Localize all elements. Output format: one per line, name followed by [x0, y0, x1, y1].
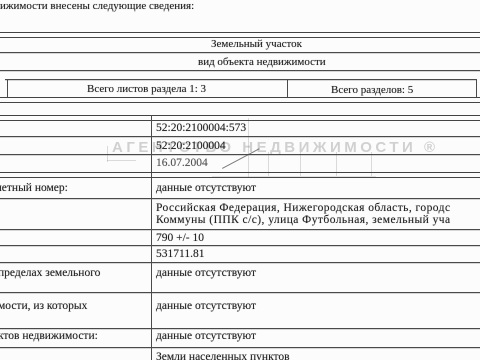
cadastral-number-cell: 52:20:2100004:573	[156, 122, 246, 134]
table-line	[476, 79, 477, 98]
table-line	[0, 136, 480, 137]
table-divider	[151, 115, 152, 360]
table-line	[0, 262, 480, 263]
table-line	[7, 79, 8, 98]
accounting-number-value: данные отсутствуют	[156, 182, 256, 194]
total-sections-label: Всего разделов: 5	[331, 84, 413, 96]
object-type-value: Земельный участок	[211, 38, 302, 50]
object-type-caption: вид объекта недвижимости	[198, 56, 326, 68]
scan-artifact	[248, 118, 249, 177]
land-category-cell: Земли населенных пунктов	[156, 351, 290, 360]
table-line	[0, 154, 480, 155]
accounting-number-label: четный номер:	[0, 182, 68, 194]
area-cell: 790 +/- 10	[156, 232, 204, 244]
table-line	[287, 79, 288, 98]
within-land-label: пределах земельного	[0, 267, 100, 279]
table-line	[0, 229, 480, 230]
address-cell-line1: Российская Федерация, Нижегородская обла…	[156, 202, 451, 214]
table-line	[5, 79, 476, 80]
table-line	[0, 97, 480, 103]
table-line	[0, 328, 480, 329]
table-line	[0, 245, 480, 246]
total-sheets-label: Всего листов раздела 1: 3	[87, 83, 206, 95]
scan-artifact	[107, 160, 136, 161]
table-line	[0, 292, 480, 293]
from-which-value: данные отсутствуют	[156, 300, 256, 312]
realty-objects-value: данные отсутствуют	[156, 330, 256, 342]
table-line	[0, 347, 480, 348]
address-cell-line2: Коммуны (ППК с/с), улица Футбольная, зем…	[156, 214, 451, 226]
table-line	[0, 115, 480, 121]
from-which-label: мости, из которых	[0, 300, 87, 312]
realty-objects-label: ктов недвижимости:	[0, 330, 98, 342]
document-scan: ижимости внесены следующие сведения: Зем…	[0, 0, 480, 360]
within-land-value: данные отсутствуют	[156, 267, 256, 279]
table-line	[0, 172, 480, 178]
table-line	[0, 52, 480, 53]
registration-date-cell: 16.07.2004	[156, 157, 208, 169]
cadastral-value-cell: 531711.81	[156, 248, 204, 260]
intro-text: ижимости внесены следующие сведения:	[0, 0, 194, 12]
table-line	[0, 70, 480, 71]
cadastral-quarter-cell: 52:20:2100004	[156, 140, 226, 152]
table-line	[0, 198, 480, 199]
